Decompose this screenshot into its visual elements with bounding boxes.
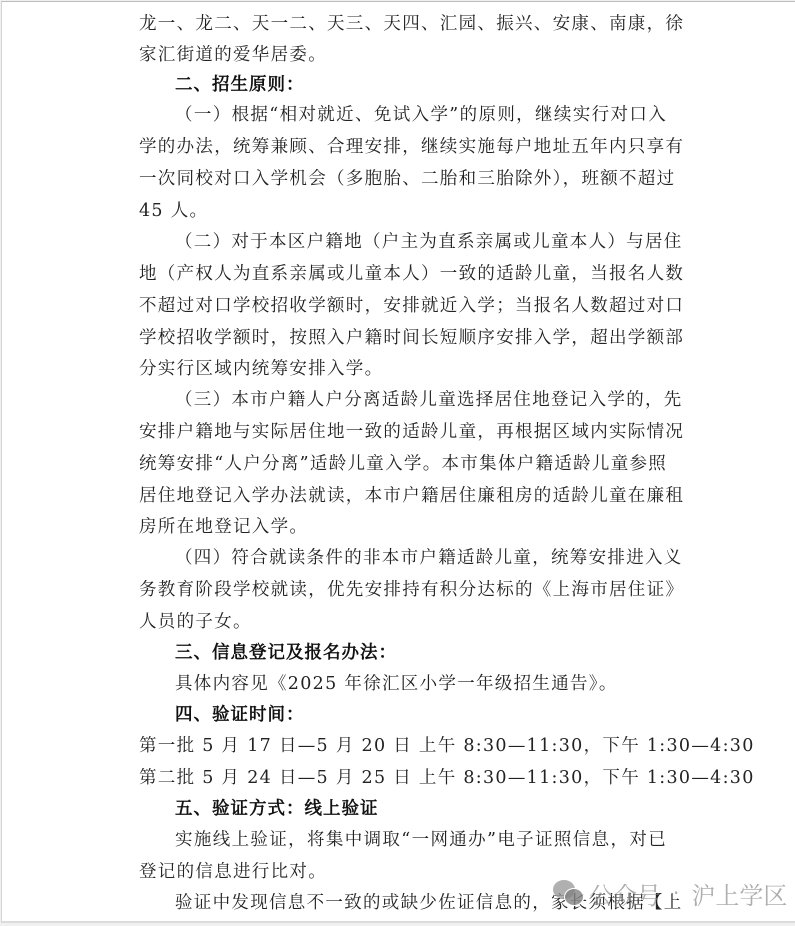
paragraph-line: 务教育阶段学校就读，优先安排持有积分达标的《上海市居住证》 xyxy=(139,574,667,606)
paragraph-line: 45 人。 xyxy=(139,195,208,227)
document-page: 龙一、龙二、天一二、天三、天四、汇园、振兴、安康、南康，徐家汇街道的爱华居委。二… xyxy=(1,1,795,923)
paragraph-line: 第一批 5 月 17 日—5 月 20 日 上午 8:30—11:30，下午 1… xyxy=(139,730,667,762)
paragraph-line: 第二批 5 月 24 日—5 月 25 日 上午 8:30—11:30，下午 1… xyxy=(139,762,667,794)
paragraph-line: 居住地登记入学办法就读，本市户籍居住廉租房的适龄儿童在廉租 xyxy=(139,480,667,512)
paragraph-line: 实施线上验证，将集中调取“一网通办”电子证照信息，对已 xyxy=(175,824,667,856)
paragraph-line: 龙一、龙二、天一二、天三、天四、汇园、振兴、安康、南康，徐 xyxy=(139,8,667,40)
section-heading: 五、验证方式：线上验证 xyxy=(175,793,379,825)
section-heading: 二、招生原则： xyxy=(175,69,305,101)
paragraph-line: （二）对于本区户籍地（户主为直系亲属或儿童本人）与居住 xyxy=(175,226,667,258)
paragraph-line: 房所在地登记入学。 xyxy=(139,511,308,543)
paragraph-line: 不超过对口学校招收学额时，安排就近入学；当报名人数超过对口 xyxy=(139,290,667,322)
paragraph-line: 学的办法，统筹兼顾、合理安排，继续实施每户地址五年内只享有 xyxy=(139,131,667,163)
section-heading: 三、信息登记及报名办法： xyxy=(175,637,397,669)
paragraph-line: （三）本市户籍人户分离适龄儿童选择居住地登记入学的，先 xyxy=(175,384,667,416)
paragraph-line: 具体内容见《2025 年徐汇区小学一年级招生通告》。 xyxy=(175,668,618,700)
paragraph-line: （四）符合就读条件的非本市户籍适龄儿童，统筹安排进入义 xyxy=(175,542,667,574)
paragraph-line: 登记的信息进行比对。 xyxy=(139,856,327,888)
paragraph-line: 人员的子女。 xyxy=(139,606,252,638)
paragraph-line: 地（产权人为直系亲属或儿童本人）一致的适龄儿童，当报名人数 xyxy=(139,258,667,290)
paragraph-line: 一次同校对口入学机会（多胞胎、二胎和三胎除外），班额不超过 xyxy=(139,163,667,195)
paragraph-line: 学校招收学额时，按照入户籍时间长短顺序安排入学，超出学额部 xyxy=(139,322,667,354)
paragraph-line: （一）根据“相对就近、免试入学”的原则，继续实行对口入 xyxy=(175,99,667,131)
paragraph-line: 安排户籍地与实际居住地一致的适龄儿童，再根据区域内实际情况 xyxy=(139,416,667,448)
paragraph-line: 家汇街道的爱华居委。 xyxy=(139,39,327,71)
paragraph-line: 分实行区域内统筹安排入学。 xyxy=(139,353,383,385)
paragraph-line: 验证中发现信息不一致的或缺少佐证信息的，家长须根据【上 xyxy=(175,887,667,919)
paragraph-line: 统筹安排“人户分离”适龄儿童入学。本市集体户籍适龄儿童参照 xyxy=(139,448,667,480)
section-heading: 四、验证时间： xyxy=(175,699,305,731)
